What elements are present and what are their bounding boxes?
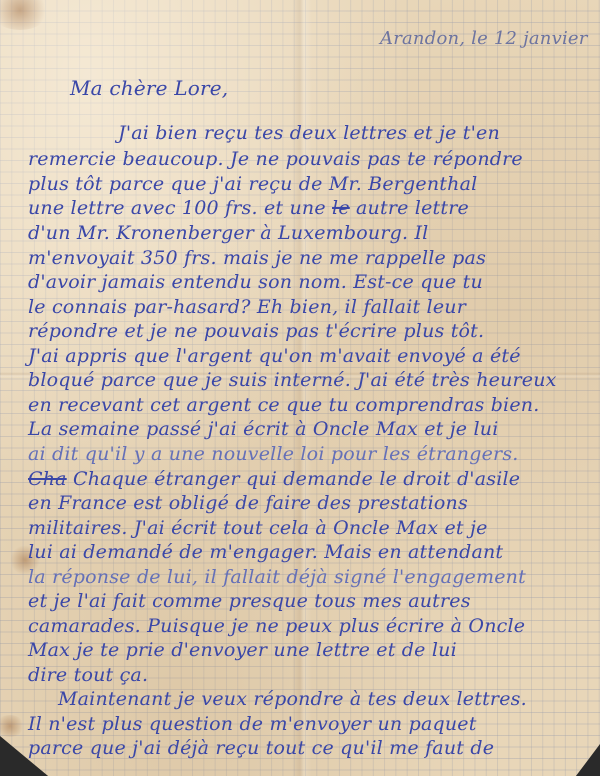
letter-line: camarades. Puisque je ne peux plus écrir… (28, 617, 525, 636)
letter-line: J'ai appris que l'argent qu'on m'avait e… (28, 347, 521, 366)
letter-line: Cha Chaque étranger qui demande le droit… (28, 470, 520, 489)
letter-line: Maintenant je veux répondre à tes deux l… (58, 690, 527, 709)
letter-line: Il n'est plus question de m'envoyer un p… (28, 715, 477, 734)
letter-line: une lettre avec 100 frs. et une le autre… (28, 199, 469, 218)
letter-line: et je l'ai fait comme presque tous mes a… (28, 592, 471, 611)
line-text: Chaque étranger qui demande le droit d'a… (73, 468, 520, 490)
letter-line: plus tôt parce que j'ai reçu de Mr. Berg… (28, 175, 477, 194)
paper-stain (0, 715, 25, 737)
letter-line: en France est obligé de faire des presta… (28, 494, 468, 513)
place-date: Arandon, le 12 janvier (380, 30, 588, 48)
letter-line: remercie beaucoup. Je ne pouvais pas te … (28, 150, 523, 169)
paper-stain (0, 0, 50, 30)
letter-line: La semaine passé j'ai écrit à Oncle Max … (28, 420, 498, 439)
salutation: Ma chère Lore, (70, 78, 228, 98)
line-text: autre lettre (356, 197, 469, 219)
line-text: une lettre avec 100 frs. et une (28, 197, 326, 219)
letter-line: répondre et je ne pouvais pas t'écrire p… (28, 322, 484, 341)
letter-line: m'envoyait 350 frs. mais je ne me rappel… (28, 249, 486, 268)
torn-corner (576, 744, 600, 776)
letter-sheet: Arandon, le 12 janvier Ma chère Lore, J'… (0, 0, 600, 776)
letter-line: bloqué parce que je suis interné. J'ai é… (28, 371, 557, 390)
torn-corner (0, 736, 48, 776)
letter-line: parce que j'ai déjà reçu tout ce qu'il m… (28, 739, 494, 758)
letter-line: militaires. J'ai écrit tout cela à Oncle… (28, 519, 488, 538)
letter-line: ai dit qu'il y a une nouvelle loi pour l… (28, 445, 519, 464)
struck-word: Cha (28, 468, 67, 490)
letter-line: la réponse de lui, il fallait déjà signé… (28, 568, 526, 587)
letter-line: lui ai demandé de m'engager. Mais en att… (28, 543, 503, 562)
letter-line: J'ai bien reçu tes deux lettres et je t'… (118, 124, 500, 143)
letter-line: en recevant cet argent ce que tu compren… (28, 396, 539, 415)
letter-line: dire tout ça. (28, 666, 148, 685)
letter-line: le connais par-hasard? Eh bien, il falla… (28, 298, 466, 317)
letter-line: Max je te prie d'envoyer une lettre et d… (28, 641, 457, 660)
struck-word: le (332, 197, 350, 219)
letter-line: d'un Mr. Kronenberger à Luxembourg. Il (28, 224, 428, 243)
letter-line: d'avoir jamais entendu son nom. Est-ce q… (28, 273, 483, 292)
